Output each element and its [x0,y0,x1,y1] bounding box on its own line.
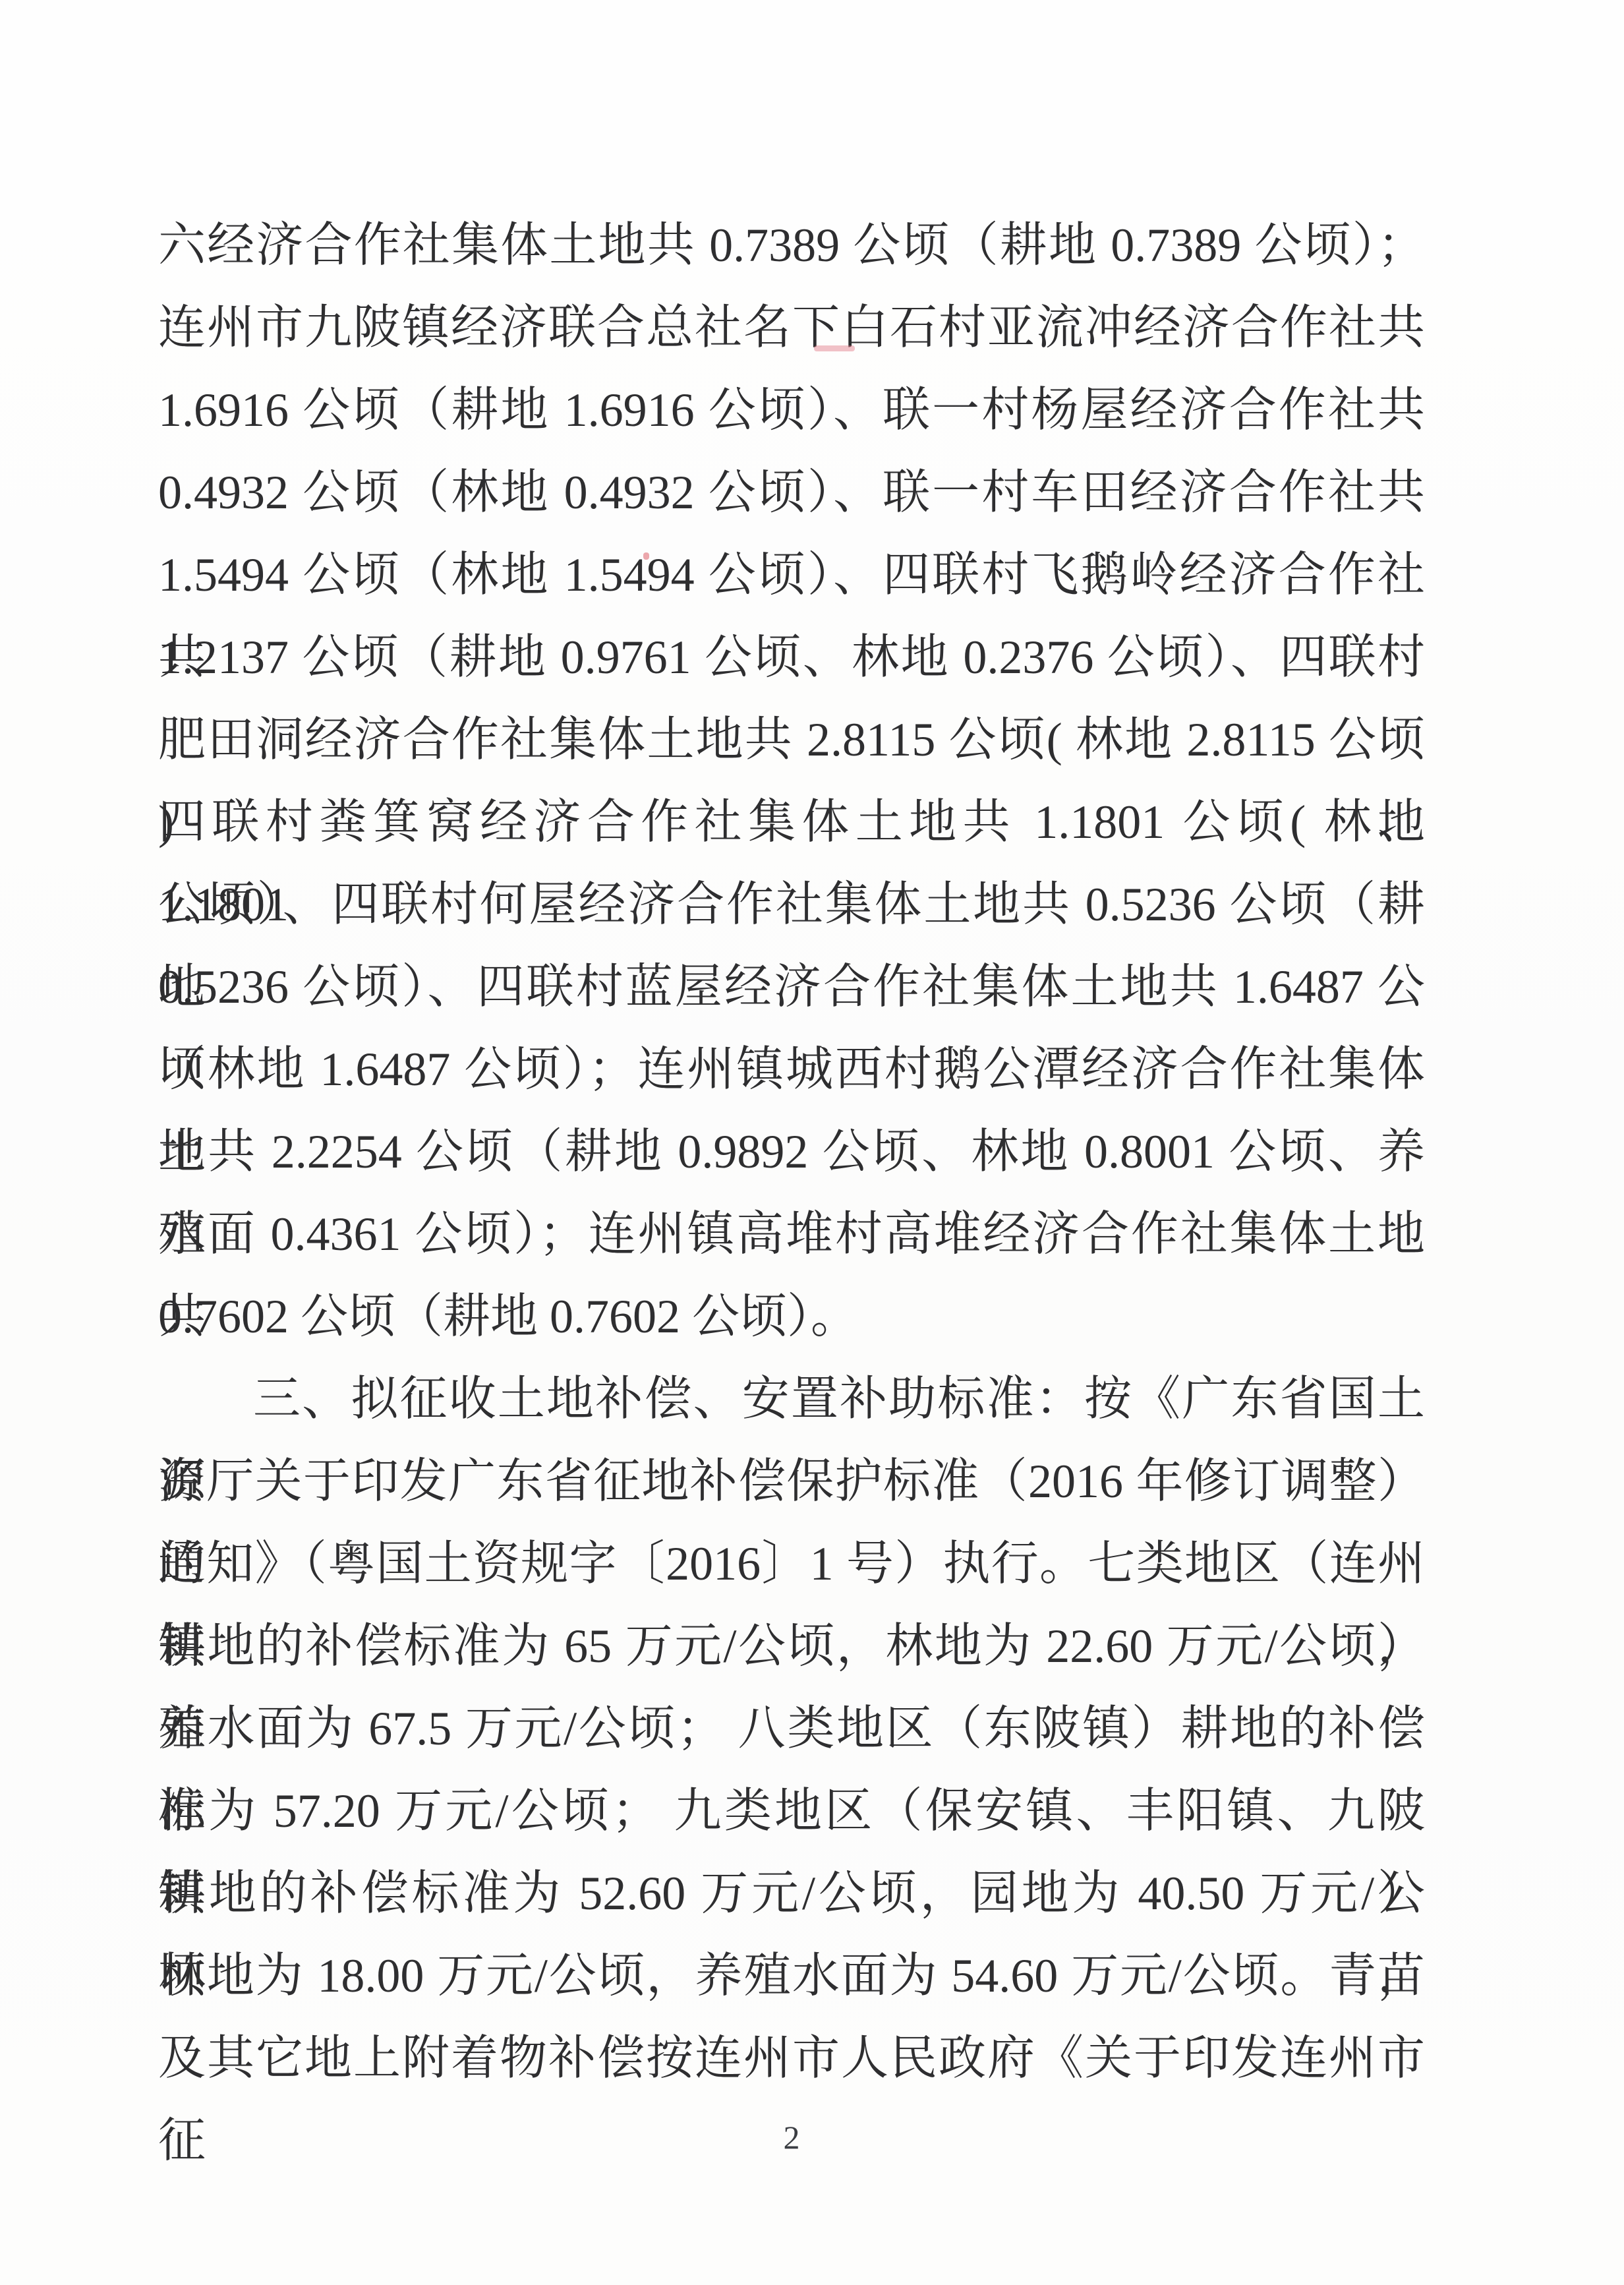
text-line: 肥田洞经济合作社集体土地共 2.8115 公顷( 林地 2.8115 公顷 )、 [158,699,1425,781]
text-line: 殖水面为 67.5 万元/公顷； 八类地区（东陂镇）耕地的补偿标 [158,1688,1425,1770]
text-line: 0.5236 公顷）、四联村蓝屋经济合作社集体土地共 1.6487 公顷 [158,946,1425,1028]
document-body: 六经济合作社集体土地共 0.7389 公顷（耕地 0.7389 公顷）；连州市九… [158,204,1425,2100]
text-line: 准为 57.20 万元/公顷； 九类地区（保安镇、丰阳镇、九陂镇） [158,1770,1425,1853]
text-line: 源厅关于印发广东省征地补偿保护标准（2016 年修订调整）的 [158,1440,1425,1523]
text-line: 林地为 18.00 万元/公顷，养殖水面为 54.60 万元/公顷。青苗 [158,1935,1425,2017]
text-line: 及其它地上附着物补偿按连州市人民政府《关于印发连州市征 [158,2017,1425,2100]
text-line: 0.4932 公顷（林地 0.4932 公顷）、联一村车田经济合作社共 [158,452,1425,534]
text-line: 连州市九陂镇经济联合总社名下白石村亚流冲经济合作社共 [158,287,1425,369]
scanned-document-page: 六经济合作社集体土地共 0.7389 公顷（耕地 0.7389 公顷）；连州市九… [0,0,1624,2285]
text-line: 三、拟征收土地补偿、安置补助标准：按《广东省国土资 [158,1358,1425,1440]
text-line: 地共 2.2254 公顷（耕地 0.9892 公顷、林地 0.8001 公顷、养… [158,1111,1425,1193]
text-line: 耕地的补偿标准为 65 万元/公顷，林地为 22.60 万元/公顷，养 [158,1605,1425,1688]
text-line: 1.5494 公顷（林地 1.5494 公顷）、四联村飞鹅岭经济合作社共 [158,534,1425,616]
page-number: 2 [158,2118,1425,2157]
text-line: 通知》（粤国土资规字〔2016〕1 号）执行。七类地区（连州镇） [158,1523,1425,1605]
text-line: （林地 1.6487 公顷）；连州镇城西村鹅公潭经济合作社集体土 [158,1028,1425,1111]
text-line: 0.7602 公顷（耕地 0.7602 公顷）。 [158,1276,1425,1358]
text-line: 公顷）、四联村何屋经济合作社集体土地共 0.5236 公顷（耕地 [158,864,1425,946]
text-line: 耕地的补偿标准为 52.60 万元/公顷，园地为 40.50 万元/公顷， [158,1853,1425,1935]
text-line: 水面 0.4361 公顷）；连州镇高堆村高堆经济合作社集体土地共 [158,1193,1425,1276]
text-line: 六经济合作社集体土地共 0.7389 公顷（耕地 0.7389 公顷）； [158,204,1425,287]
text-line: 四联村粪箕窝经济合作社集体土地共 1.1801 公顷( 林地 1.1801 [158,781,1425,864]
text-line: 1.6916 公顷（耕地 1.6916 公顷）、联一村杨屋经济合作社共 [158,369,1425,452]
text-line: 1.2137 公顷（耕地 0.9761 公顷、林地 0.2376 公顷）、四联村 [158,616,1425,699]
